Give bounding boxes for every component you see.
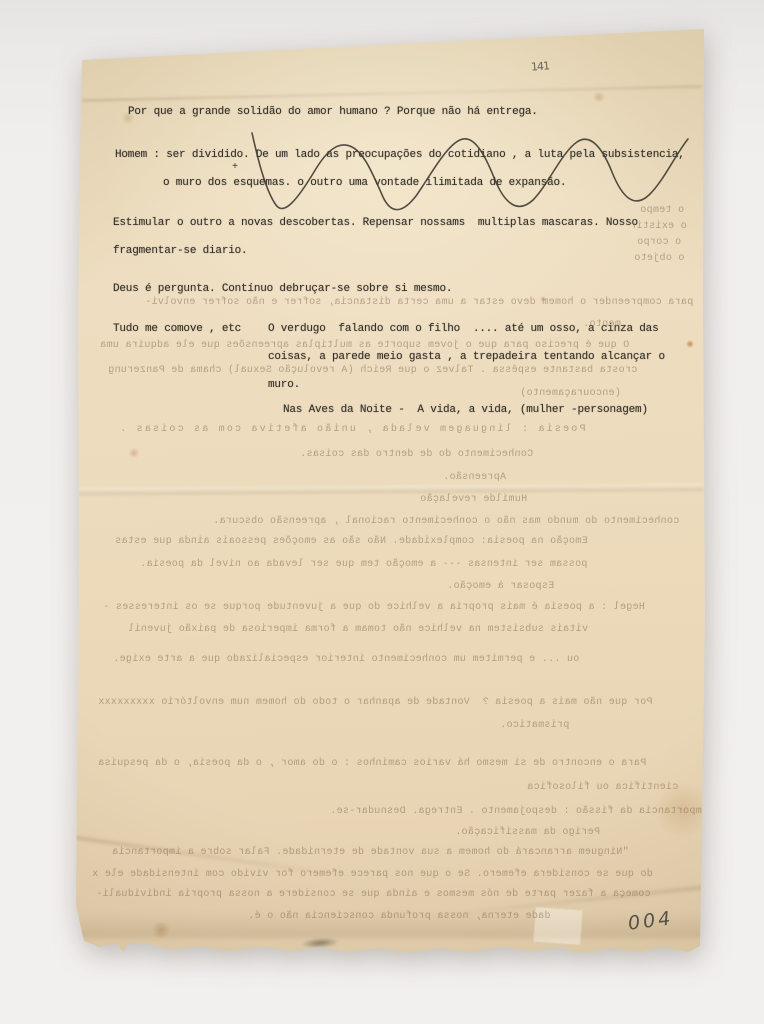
bleed-through-line: Emoção na poesia: complexidade. Não são … [115,536,588,547]
bleed-through-line: do que se considera efemero. Se o que no… [92,869,653,880]
bleed-through-line: ou ... e permitem um conhecimento interi… [113,654,579,665]
bleed-through-line: "Ninguem arrancará do homem a sua vontad… [112,847,629,858]
bleed-through-line: o objeto [634,253,684,264]
bleed-through-line: Importancia da fissão : despojamento . E… [330,806,708,817]
bleed-through-line: Para o encontro de si mesmo há varios ca… [98,758,646,769]
bleed-through-line: Esposar à emoção. [447,581,554,592]
scanned-page: Por que a grande solidão do amor humano … [0,0,764,1024]
page-number-annotation: 004 [627,907,675,934]
ink-smudge [300,937,341,950]
insertion-caret-mark: + [232,162,238,173]
bleed-through-line: vitais subsistem na velhice não tomam a … [128,624,588,635]
bleed-through-line: Hegel : a poesia é mais propria a velhic… [103,602,645,613]
foxing-stain [150,922,172,938]
bleed-through-line: o existir [630,221,687,232]
bleed-through-line: Poesia : linguagem velada , união afetiv… [118,424,585,435]
bleed-through-line: prismatico. [500,720,569,731]
bleed-through-line: mento. [583,319,621,330]
bleed-through-line: possam ser intensas --- a emoção tem que… [140,559,587,570]
rust-stain [686,340,694,348]
bleed-through-line: crosta bastante espêssa . Talvez o que R… [108,365,637,376]
typed-line: Nas Aves da Noite - A vida, a vida, (mul… [283,404,648,416]
bleed-through-line: Perigo da massificação. [455,827,600,838]
bleed-through-line: Humilde revelação [420,494,527,505]
foxing-stain [128,448,140,458]
typed-line: fragmentar-se diario. [113,245,247,257]
typed-line: muro. [268,379,300,391]
bleed-through-line: Conhecimento do de dentro das coisas. [300,449,533,460]
paper-crease [82,85,702,102]
foxing-stain [592,92,606,102]
bleed-through-line: o tempo [640,205,684,216]
bleed-through-line: cientifica ou filosofica [527,782,678,793]
typed-line: Deus é pergunta. Contínuo debruçar-se so… [113,283,452,295]
bleed-through-line: dade eterna, nossa profunda consciencia … [248,911,550,922]
paper-fold-crease [78,484,704,495]
bleed-through-line: Apreensão. [443,472,506,483]
bleed-through-line: conhecimento do mundo mas não o conhecim… [213,516,679,527]
bleed-through-line: Por que não mais a poesia ? Vontade de a… [98,697,653,708]
scanned-page-wrapper: Por que a grande solidão do amor humano … [0,0,764,1024]
bleed-through-line: O que é preciso para que o jovem suporte… [100,340,629,351]
typed-line: Estimular o outro a novas descobertas. R… [113,217,638,229]
typed-line: Tudo me comove , etc [113,323,241,335]
typed-line: Por que a grande solidão do amor humano … [128,106,538,118]
typed-line: coisas, a parede meio gasta , a trepadei… [268,351,665,363]
typed-line: Homem : ser dividido. De um lado as preo… [115,149,685,161]
bleed-through-line: para compreender o homem devo estar a um… [145,297,693,308]
bleed-through-line: (encouraçamento) [520,388,621,399]
pencil-mark-top: 141 [531,59,550,73]
bleed-through-line: começa a fazer parte de nós mesmos e ain… [96,889,651,900]
bleed-through-line: o corpo [637,237,681,248]
typed-line: o muro dos esquemas. o outro uma vontade… [163,177,566,189]
